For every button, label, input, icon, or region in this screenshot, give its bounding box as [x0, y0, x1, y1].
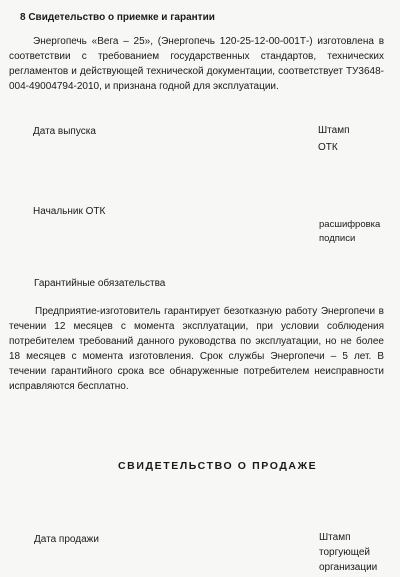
- acceptance-paragraph: Энергопечь «Вега – 25», (Энергопечь 120-…: [9, 34, 384, 94]
- signature-decode-label: расшифровка подписи: [319, 218, 380, 246]
- warranty-heading: Гарантийные обязательства: [34, 276, 165, 291]
- trade-stamp-line2: торгующей: [319, 545, 377, 560]
- trade-stamp-line3: организации: [319, 560, 377, 575]
- signature-decode-line2: подписи: [319, 232, 380, 246]
- release-date-label: Дата выпуска: [33, 124, 96, 139]
- otk-stamp-line1: Штамп: [318, 123, 349, 138]
- signature-decode-line1: расшифровка: [319, 218, 380, 232]
- sale-date-label: Дата продажи: [34, 532, 99, 547]
- warranty-paragraph: Предприятие-изготовитель гарантирует без…: [9, 304, 384, 394]
- sale-certificate-title: СВИДЕТЕЛЬСТВО О ПРОДАЖЕ: [118, 460, 317, 472]
- otk-stamp-line2: ОТК: [318, 140, 349, 155]
- otk-stamp-label: Штамп ОТК: [318, 123, 349, 155]
- acceptance-heading: 8 Свидетельство о приемке и гарантии: [20, 12, 215, 23]
- trade-stamp-line1: Штамп: [319, 530, 377, 545]
- qc-head-label: Начальник ОТК: [33, 204, 105, 219]
- trade-stamp-label: Штамп торгующей организации: [319, 530, 377, 575]
